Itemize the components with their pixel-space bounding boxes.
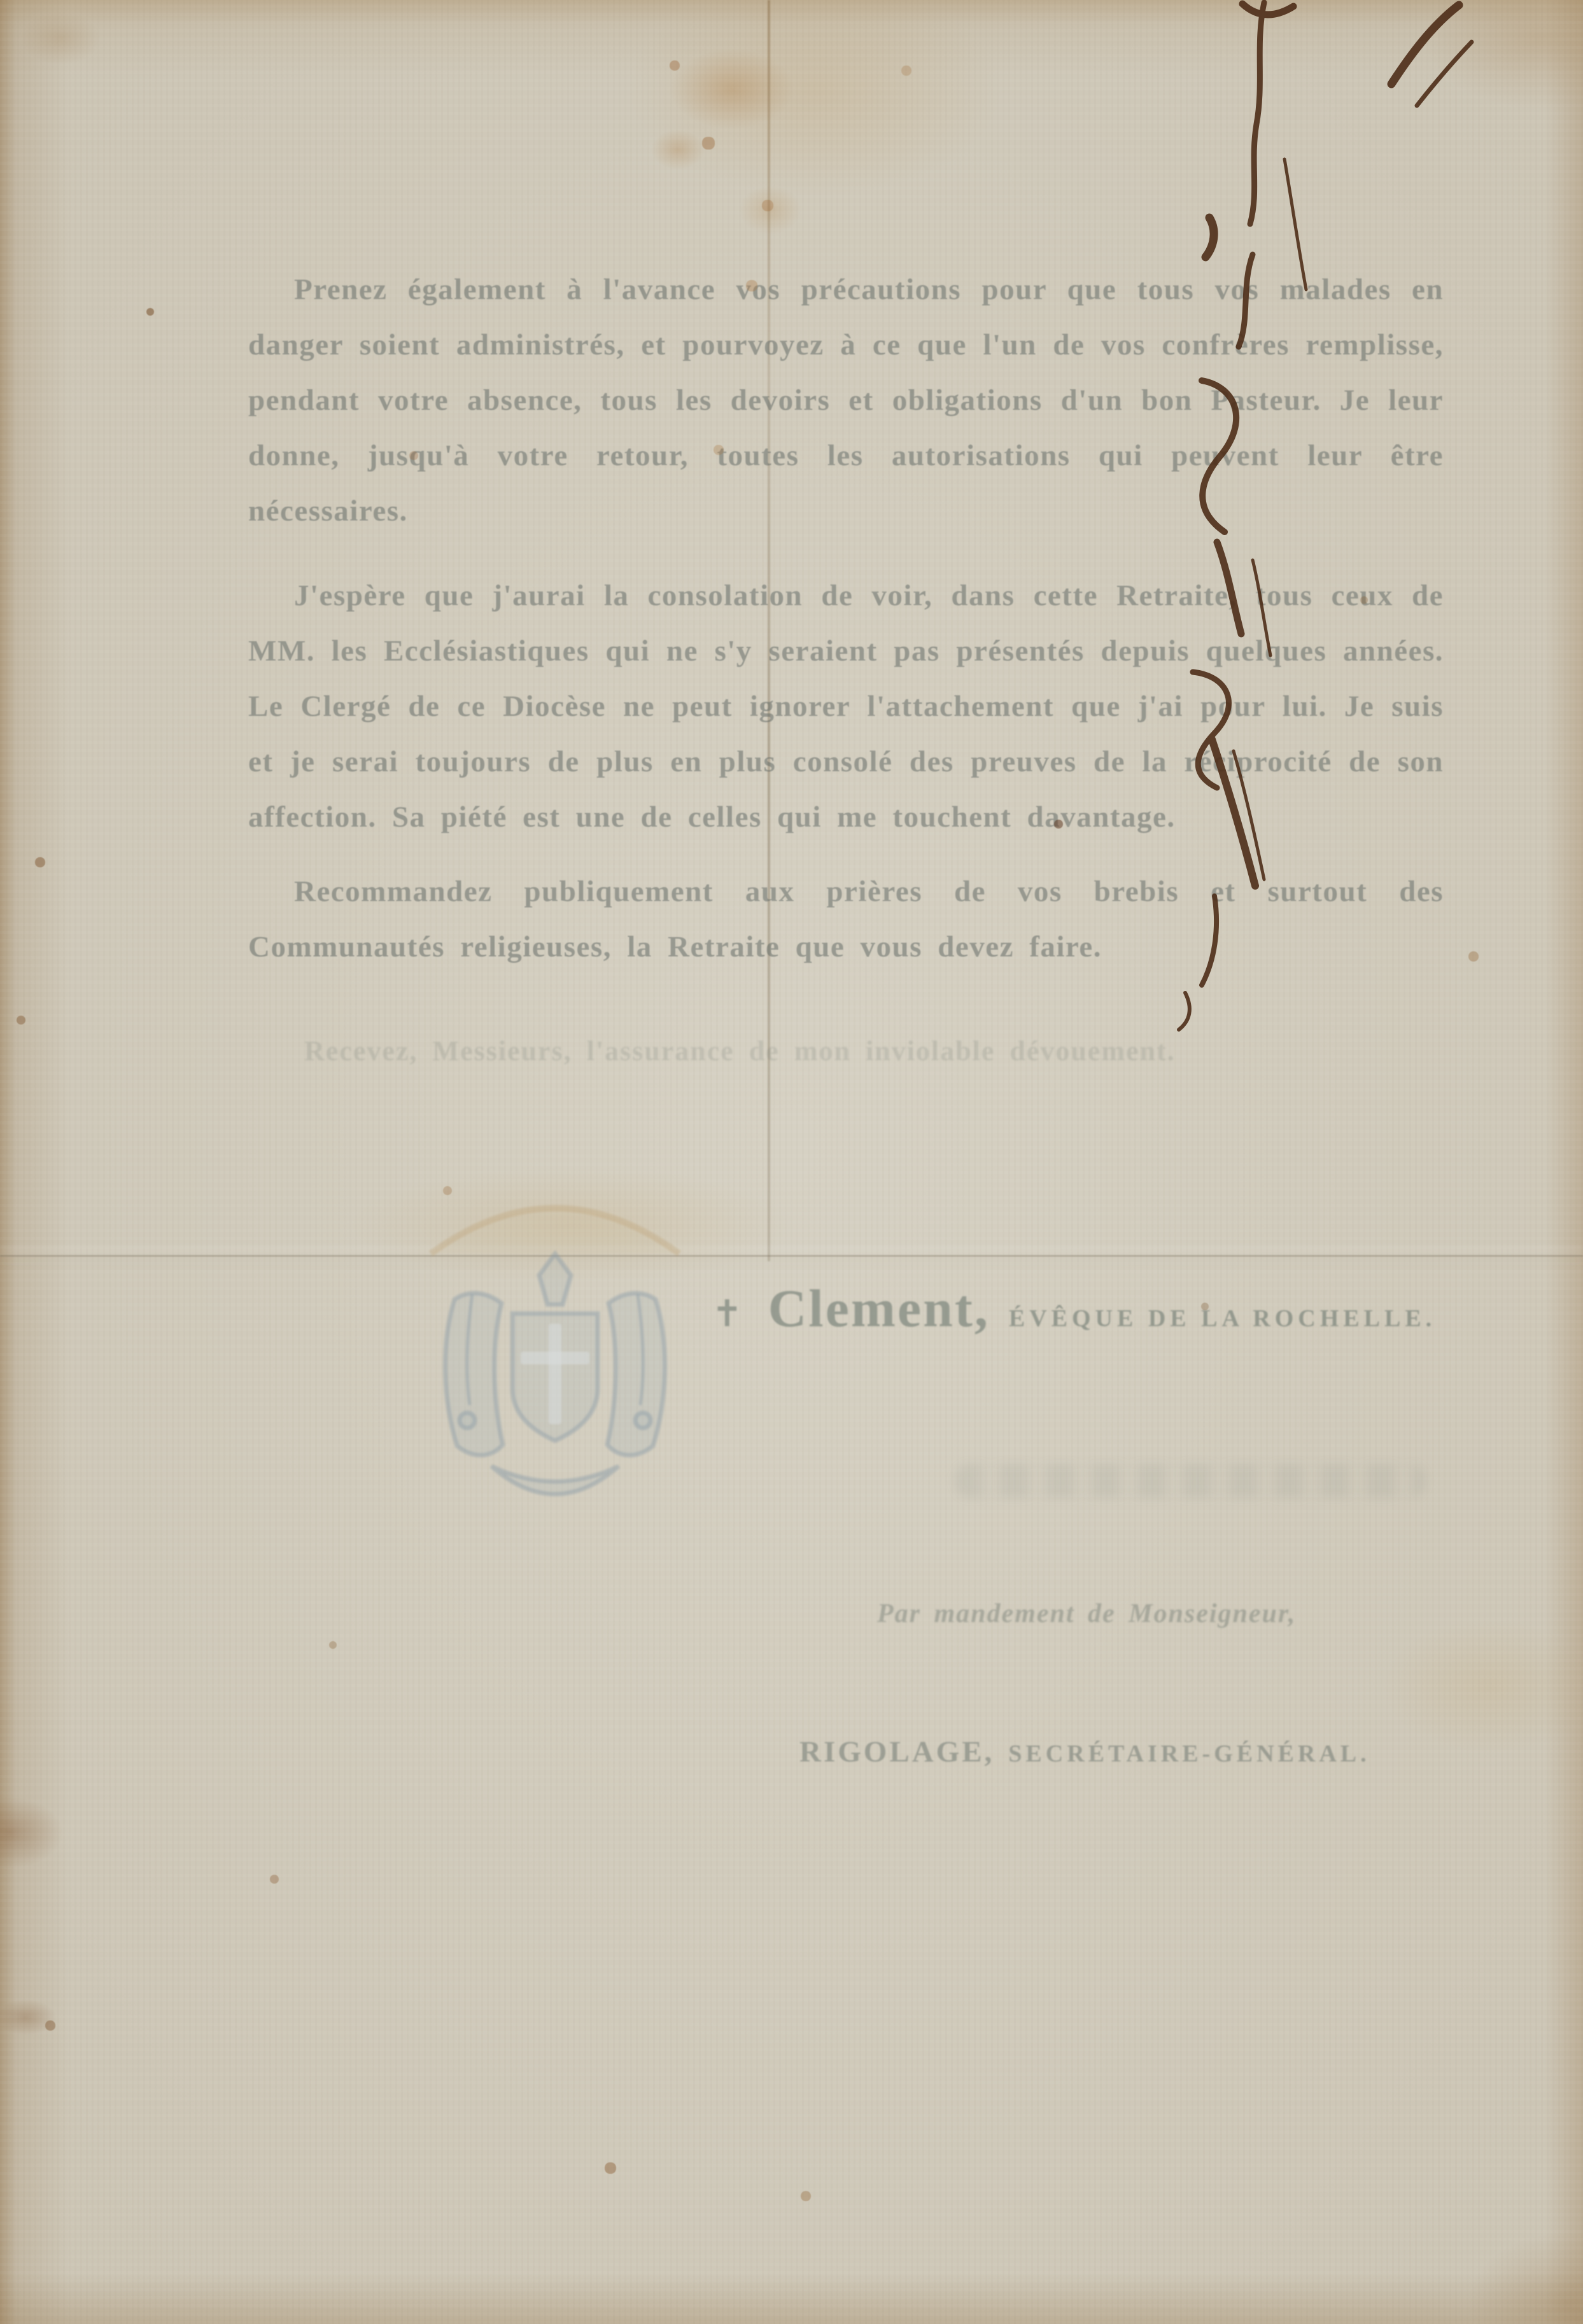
scanned-letter-page: Prenez également à l'avance vos précauti… xyxy=(0,0,1583,2324)
by-order-line: Par mandement de Monseigneur, xyxy=(877,1599,1296,1629)
secretary-line: RIGOLAGE, SECRÉTAIRE-GÉNÉRAL. xyxy=(799,1735,1370,1769)
paragraph-1: Prenez également à l'avance vos précauti… xyxy=(248,262,1444,539)
signature-line: ✝ Clement, ÉVÊQUE DE LA ROCHELLE. xyxy=(712,1278,1501,1340)
foxing-specks xyxy=(0,0,4,4)
ghost-text-smudge xyxy=(955,1464,1426,1498)
secretary-title: SECRÉTAIRE-GÉNÉRAL. xyxy=(1008,1740,1370,1768)
paragraph-3: Recommandez publiquement aux prières de … xyxy=(248,864,1444,975)
bishop-name: Clement, xyxy=(768,1278,990,1340)
closing-line: Recevez, Messieurs, l'assurance de mon i… xyxy=(304,1032,1450,1070)
horizontal-fold-crease xyxy=(0,1255,1583,1257)
bishop-title: ÉVÊQUE DE LA ROCHELLE. xyxy=(1009,1305,1436,1333)
cross-icon: ✝ xyxy=(712,1292,743,1335)
secretary-name: RIGOLAGE, xyxy=(799,1735,994,1769)
paragraph-2: J'espère que j'aurai la consolation de v… xyxy=(248,568,1444,845)
episcopal-coat-of-arms-stamp xyxy=(396,1179,714,1535)
